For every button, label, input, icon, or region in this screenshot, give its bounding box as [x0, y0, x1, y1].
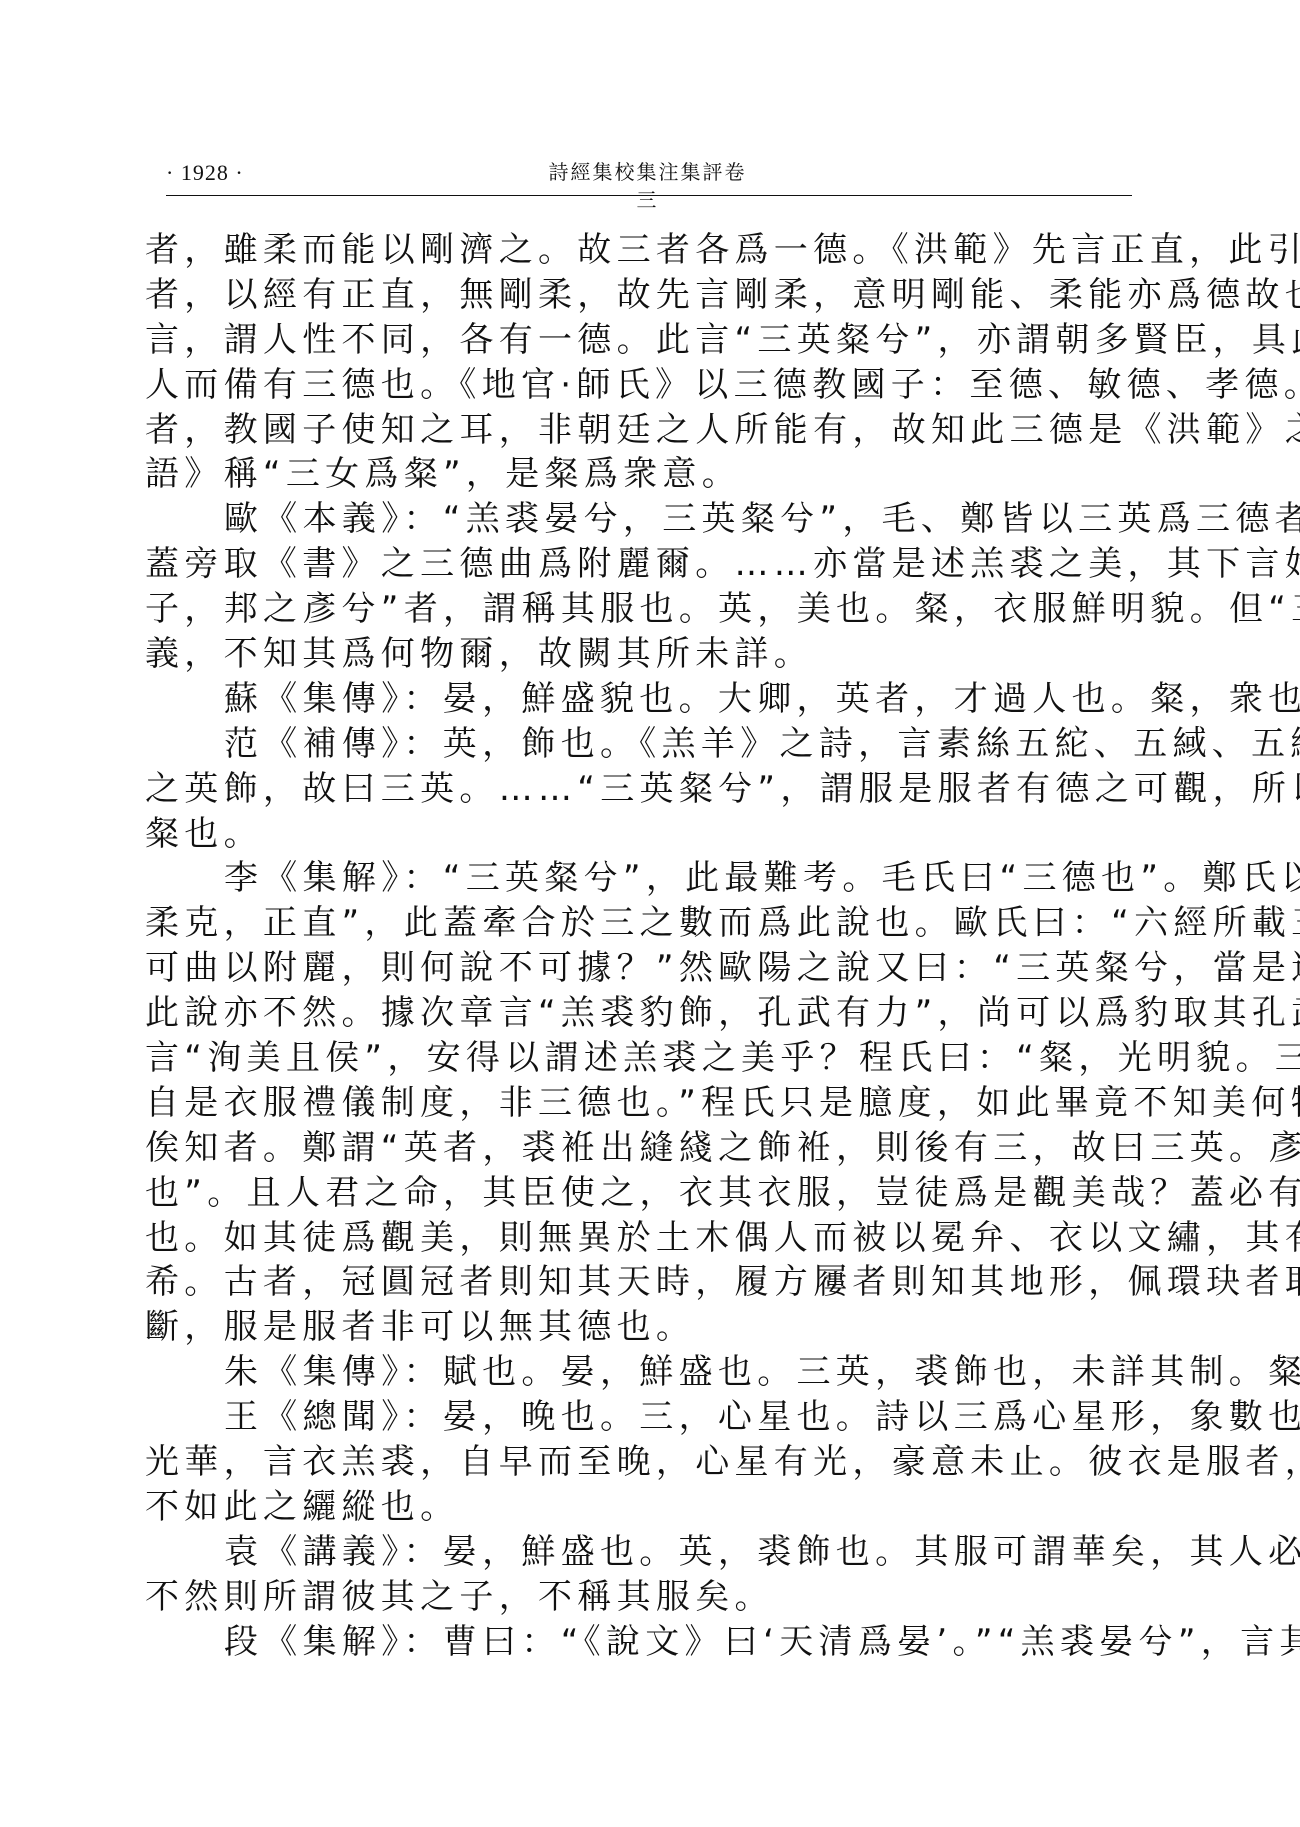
text-line: 粲也。 — [145, 812, 1135, 857]
paragraph-first-line: 范《補傳》：英，飾也。《羔羊》之詩，言素絲五紽、五緎、五總。三者皆裘 — [145, 722, 1135, 767]
paragraph-first-line: 王《總聞》：晏，晚也。三，心星也。詩以三爲心星形，象數也。英，心星之 — [145, 1395, 1135, 1440]
text-line: 斷，服是服者非可以無其德也。 — [145, 1305, 1135, 1350]
text-line: 可曲以附麗，則何說不可據？”然歐陽之說又曰：“三英粲兮，當是述羔裘之美。” — [145, 946, 1135, 991]
header-rule — [166, 195, 1132, 196]
text-line: 光華，言衣羔裘，自早而至晚，心星有光，豪意未止。彼衣是服者，但見其美，而 — [145, 1440, 1135, 1485]
text-line: 不如此之纚縱也。 — [145, 1485, 1135, 1530]
paragraph-first-line: 朱《集傳》：賦也。晏，鮮盛也。三英，裘飾也，未詳其制。粲，光明也。 — [145, 1350, 1135, 1395]
text-line: 此說亦不然。據次章言“羔裘豹飾，孔武有力”，尚可以爲豹取其孔武有力；上章 — [145, 991, 1135, 1036]
text-line: 自是衣服禮儀制度，非三德也。”程氏只是臆度，如此畢竟不知美何物，當闕之以 — [145, 1081, 1135, 1126]
text-line: 語》稱“三女爲粲”，是粲爲衆意。 — [145, 452, 1135, 497]
paragraph-first-line: 段《集解》：曹曰：“《說文》曰‘天清爲晏’。”“羔裘晏兮”，言其服之而晏 — [145, 1620, 1135, 1665]
text-line: 之英飾，故曰三英。……“三英粲兮”，謂服是服者有德之可觀，所以稱其三英之 — [145, 767, 1135, 812]
text-line: 義，不知其爲何物爾，故闕其所未詳。 — [145, 632, 1135, 677]
page-number: · 1928 · — [166, 160, 244, 186]
text-line: 俟知者。鄭謂“英者，裘袵出縫綫之飾袵，則後有三，故曰三英。彥者，美士 — [145, 1126, 1135, 1171]
text-line: 言，謂人性不同，各有一德。此言“三英粲兮”，亦謂朝多賢臣，具此三德，非一 — [145, 318, 1135, 363]
text-line: 蓋旁取《書》之三德曲爲附麗爾。……亦當是述羔裘之美，其下言始云“彼其之 — [145, 542, 1135, 587]
paragraph-first-line: 李《集解》：“三英粲兮”，此最難考。毛氏曰“三德也”。鄭氏以爲“剛克， — [145, 856, 1135, 901]
paragraph-first-line: 歐《本義》：“羔裘晏兮，三英粲兮”，毛、鄭皆以三英爲三德者，本無所據， — [145, 497, 1135, 542]
text-line: 者，教國子使知之耳，非朝廷之人所能有，故知此三德是《洪範》之三德。《周 — [145, 408, 1135, 453]
text-line: 希。古者，冠圓冠者則知其天時，履方屨者則知其地形，佩環玦者取其事至而能 — [145, 1260, 1135, 1305]
text-line: 子，邦之彥兮”者，謂稱其服也。英，美也。粲，衣服鮮明貌。但“三英”失其 — [145, 587, 1135, 632]
text-line: 不然則所謂彼其之子，不稱其服矣。 — [145, 1575, 1135, 1620]
paragraph-first-line: 袁《講義》：晏，鮮盛也。英，裘飾也。其服可謂華矣，其人必賢乃能相稱， — [145, 1530, 1135, 1575]
body-text: 者，雖柔而能以剛濟之。故三者各爲一德。《洪範》先言正直，此引之而與彼倒者，以經有… — [145, 228, 1135, 1665]
text-line: 言“洵美且侯”，安得以謂述羔裘之美乎？程氏曰：“粲，光明貌。三英若五紽類， — [145, 1036, 1135, 1081]
paragraph-first-line: 蘇《集傳》：晏，鮮盛貌也。大卿，英者，才過人也。粲，衆也。 — [145, 677, 1135, 722]
text-line: 柔克，正直”，此蓋牽合於三之數而爲此說也。歐氏曰：“六經所載三數甚多，苟 — [145, 901, 1135, 946]
text-line: 者，以經有正直，無剛柔，故先言剛柔，意明剛能、柔能亦爲德故也。《洪範》之 — [145, 273, 1135, 318]
running-title: 詩經集校集注集評卷三 — [540, 158, 755, 214]
text-line: 也。如其徒爲觀美，則無異於土木偶人而被以冕弁、衣以文繡，其有補於國家者幾 — [145, 1216, 1135, 1261]
text-line: 人而備有三德也。《地官·師氏》以三德教國子：至德、敏德、孝德。彼乃德之大 — [145, 363, 1135, 408]
text-line: 也”。且人君之命，其臣使之，衣其衣服，豈徒爲是觀美哉？蓋必有其德而稱其服 — [145, 1171, 1135, 1216]
text-line: 者，雖柔而能以剛濟之。故三者各爲一德。《洪範》先言正直，此引之而與彼倒 — [145, 228, 1135, 273]
